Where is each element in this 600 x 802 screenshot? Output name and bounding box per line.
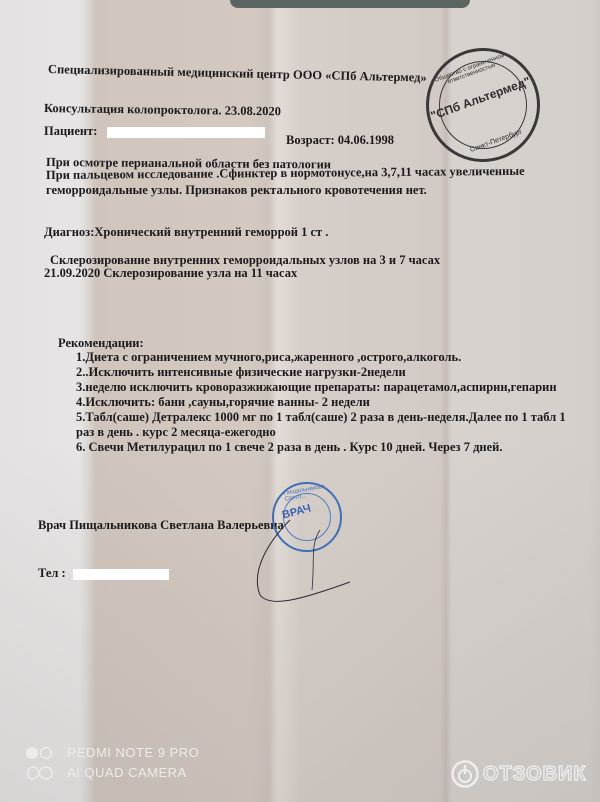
recommendations-title: Рекомендации: [58, 336, 144, 351]
site-watermark: ОТЗОВИК [451, 760, 600, 790]
background-shadow [230, 0, 470, 8]
recommendation-1: 1.Диета с ограничением мучного,риса,жаре… [76, 350, 461, 365]
camera-model: REDMI NOTE 9 PRO [67, 745, 199, 760]
site-name: ОТЗОВИК [483, 763, 587, 786]
doctor-name: Врач Пищальникова Светлана Валерьевна [38, 518, 284, 533]
signature-icon [250, 500, 360, 610]
patient-row: Пациент: [44, 124, 265, 139]
camera-logo-icon [25, 745, 55, 781]
camera-caption: AI QUAD CAMERA [67, 765, 187, 780]
recommendation-6: 6. Свечи Метилурацил по 1 свече 2 раза в… [76, 440, 502, 455]
phone-label: Тел : [38, 566, 66, 580]
phone-row: Тел : [38, 566, 169, 581]
recommendation-2: 2..Исключить интенсивные физические нагр… [76, 365, 406, 380]
recommendation-5-cont: раз в день . курс 2 месяца-ежегодно [76, 425, 276, 440]
otzovik-logo-icon [451, 760, 479, 788]
exam-line-3: геморроидальные узлы. Признаков ректальн… [46, 183, 427, 198]
patient-age: Возраст: 04.06.1998 [286, 133, 394, 148]
patient-name-redacted [107, 127, 265, 138]
recommendation-3: 3.неделю исключить кроворазжижающие преп… [76, 380, 557, 395]
recommendation-4: 4.Исключить: бани ,сауны,горячие ванны- … [76, 395, 370, 410]
phone-redacted [73, 569, 169, 580]
patient-label: Пациент: [44, 124, 97, 138]
recommendation-5: 5.Табл(саше) Детралекс 1000 мг по 1 табл… [76, 410, 566, 425]
diagnosis: Диагноз:Хронический внутренний геморрой … [44, 225, 328, 240]
procedure-line-2: 21.09.2020 Склерозирование узла на 11 ча… [44, 266, 297, 281]
